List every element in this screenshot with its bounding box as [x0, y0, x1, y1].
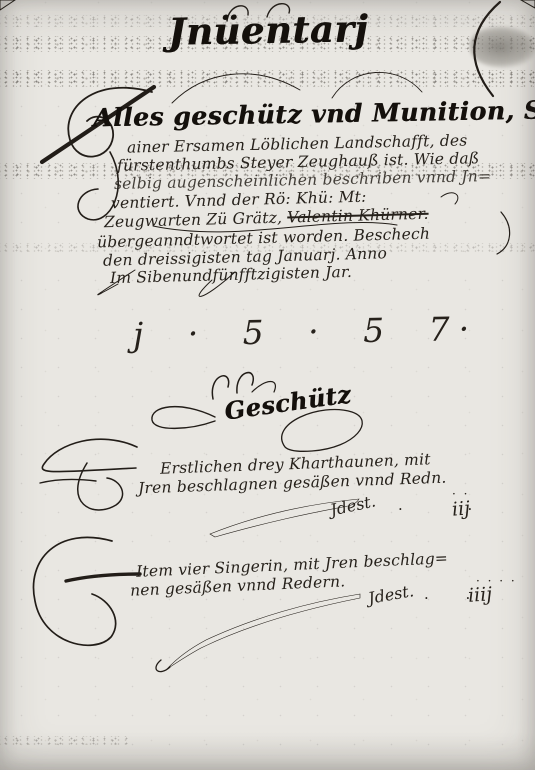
manuscript-page: Jnüentarj Alles geschütz vnd Munition, S… [0, 0, 535, 770]
entry1-initial-e-top [42, 439, 137, 471]
entry1-initial-e-bar [40, 479, 96, 483]
crossed-out-name: Valentin Khürner. [287, 205, 429, 227]
entry2-initial-i-entry-stroke [66, 574, 140, 581]
year-figures: j · 5 · 5 7· [133, 309, 479, 354]
paragraph-small-curl [441, 193, 458, 204]
entry1-initial-e-tail [78, 463, 123, 510]
entry-leader-dots: · · [398, 500, 502, 518]
paragraph-right-hook [497, 212, 510, 254]
fold-speckle-band [0, 70, 535, 87]
fold-speckle-band [0, 736, 130, 745]
entry-idest-label: Jdest. [329, 491, 378, 519]
entry-tally-value: iij [451, 497, 471, 520]
heading-ascender-arc [332, 72, 422, 98]
entry-idest-label: Jdest. [367, 581, 415, 608]
page-title: Jnüentarj [168, 6, 369, 53]
section-curl [237, 373, 253, 393]
corner-nick [0, 0, 15, 10]
entry2-tapered-swash [167, 594, 360, 669]
section-heading: Geschütz [223, 379, 353, 425]
entry2-swash-hook [156, 660, 170, 672]
heading-ascender-arc [172, 74, 300, 103]
section-left-swash [152, 407, 215, 429]
entry2-initial-i-loop [33, 537, 115, 645]
paper-stain [470, 26, 535, 68]
title-paren-flourish [474, 2, 500, 96]
heading-line-prefix: Zeugwarten Zü Grätz, [104, 208, 288, 231]
entry-tally-value: iiij [467, 583, 493, 607]
corner-nick [521, 0, 535, 8]
heading-line-large: Alles geschütz vnd Munition, So in [93, 95, 535, 133]
